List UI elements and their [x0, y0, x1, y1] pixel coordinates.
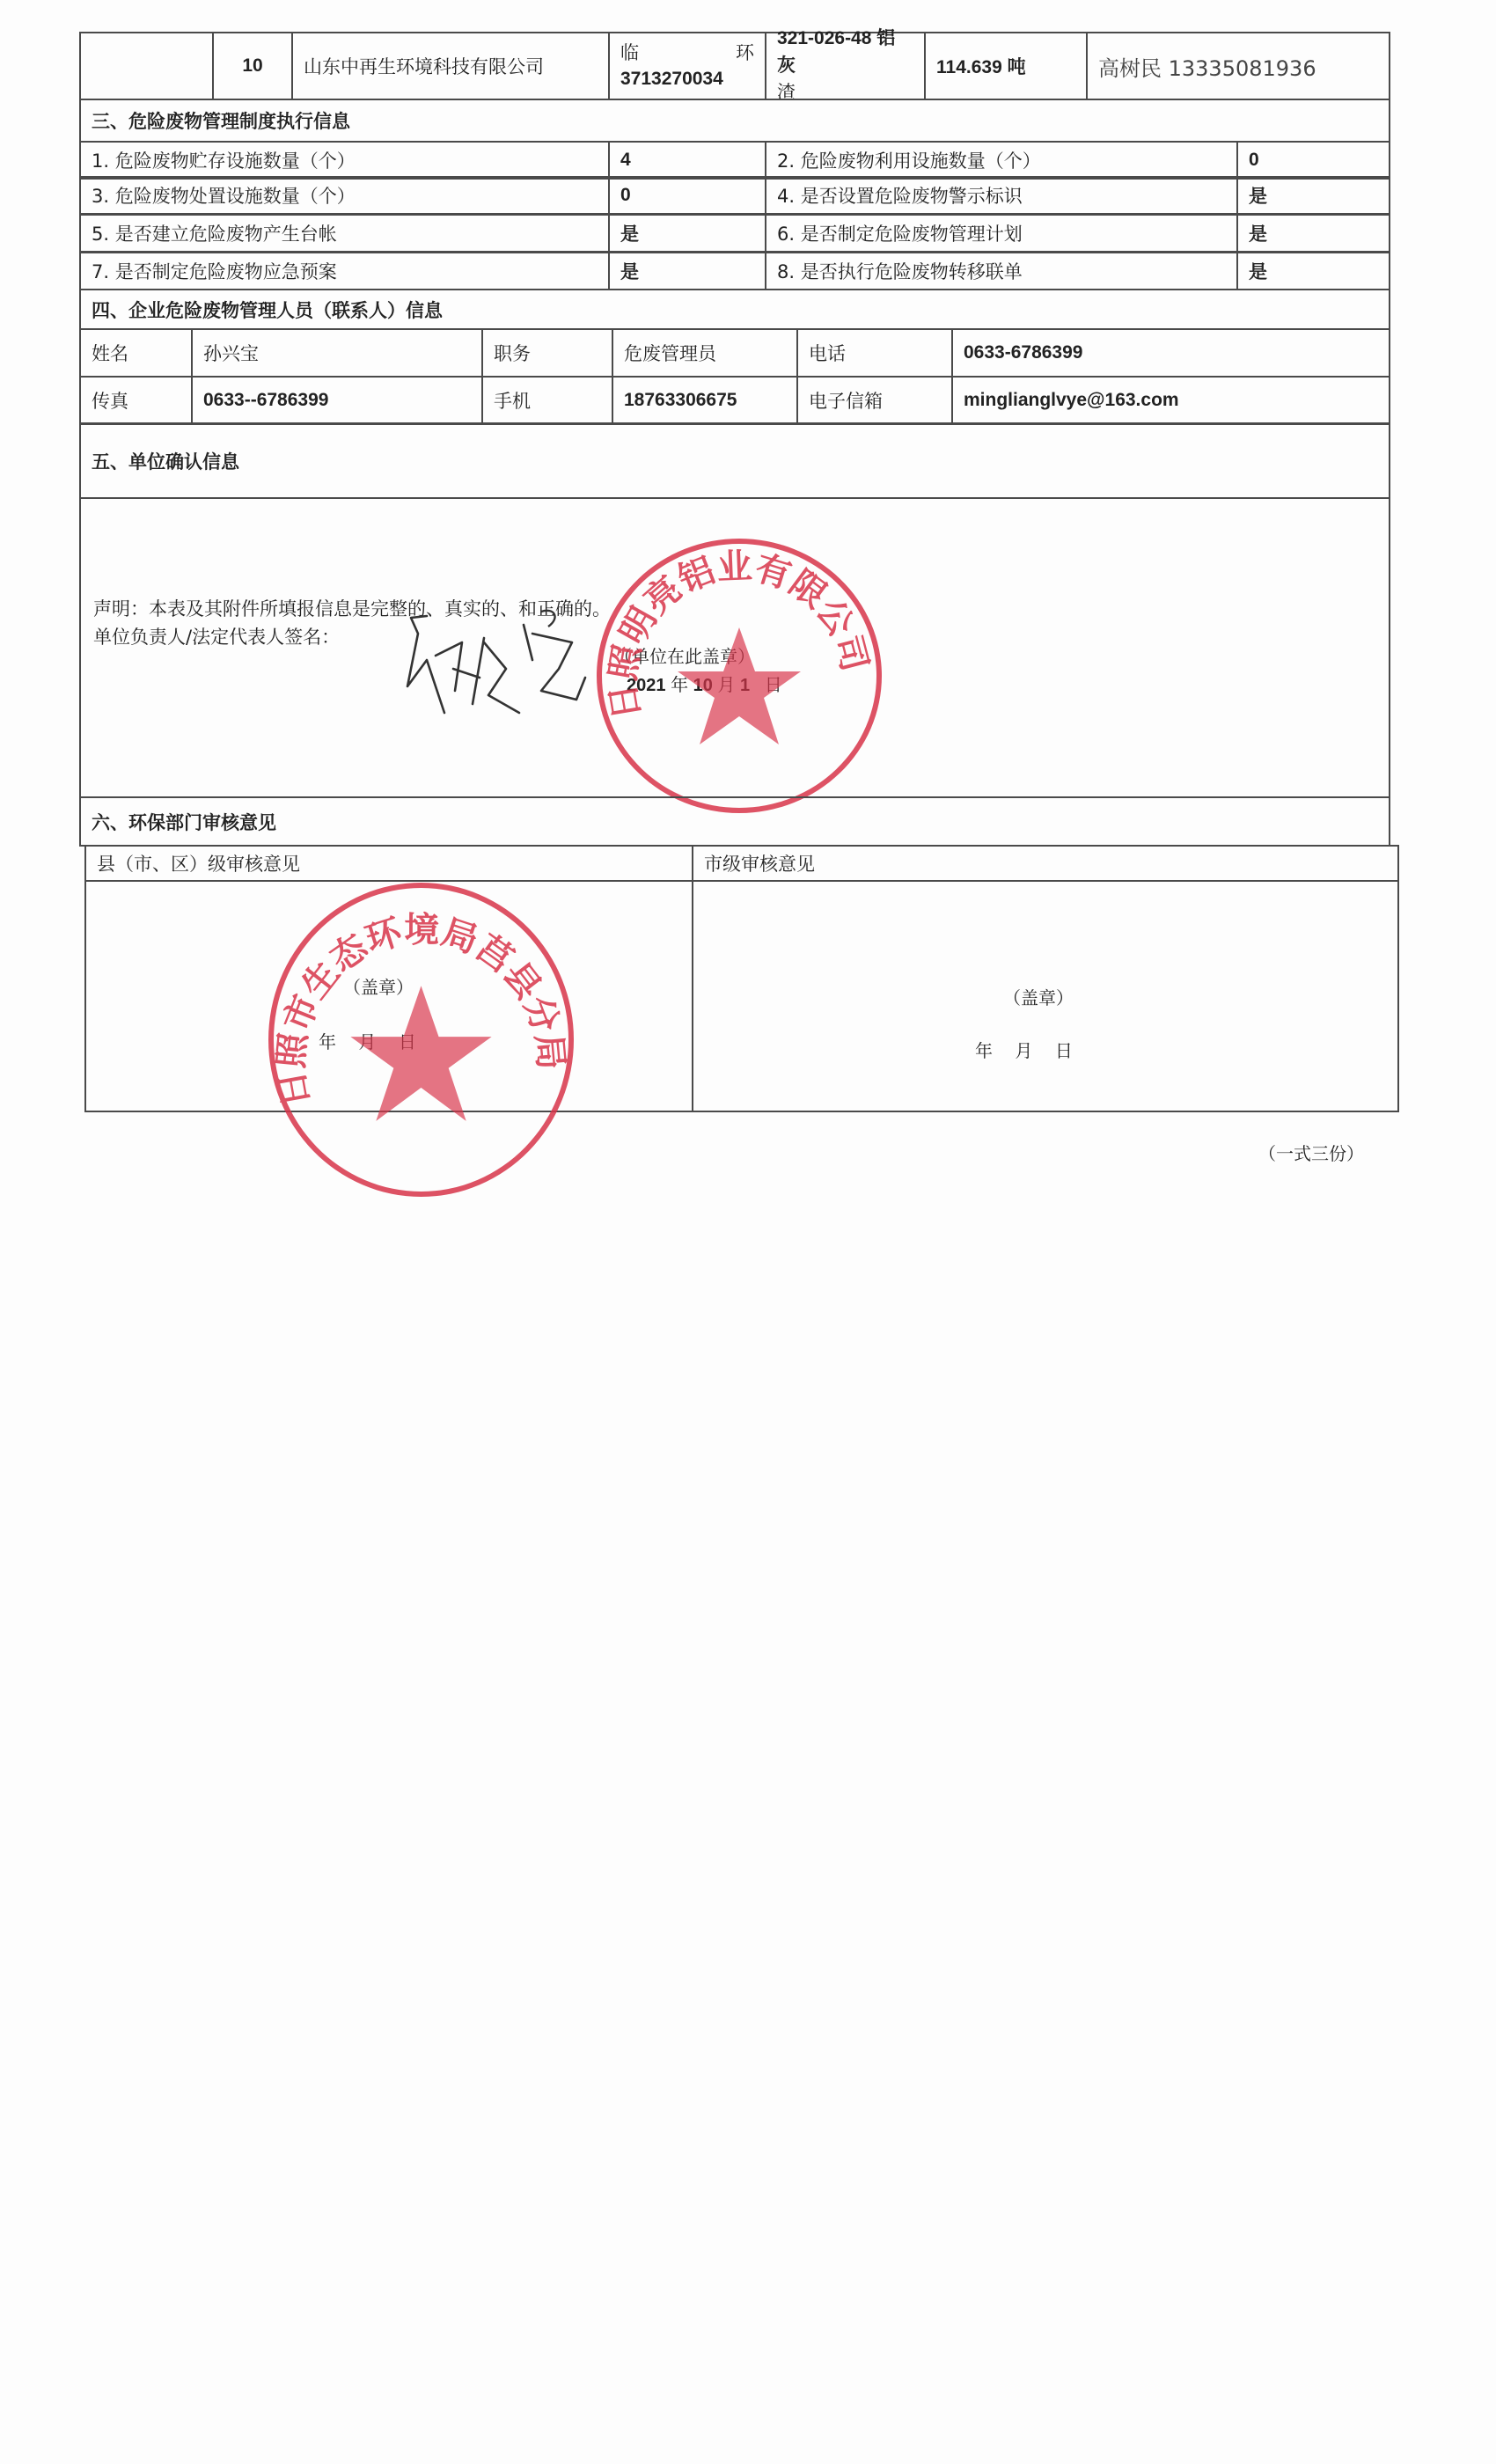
mgmt-answer: 4	[608, 141, 766, 180]
county-review-label: 县（市、区）级审核意见	[84, 845, 693, 882]
mgmt-question: 4. 是否设置危险废物警示标识	[765, 176, 1238, 215]
date-day-unit: 日	[765, 676, 782, 695]
city-date: 年 月 日	[975, 1037, 1073, 1062]
contact-field-label: 传真	[79, 376, 193, 425]
date-month: 10	[693, 676, 713, 695]
mgmt-answer: 0	[608, 176, 766, 215]
license-prefix-left: 临	[620, 40, 639, 66]
contact-field-label: 姓名	[79, 328, 193, 378]
city-review-label: 市级审核意见	[692, 845, 1399, 882]
mgmt-answer: 0	[1236, 141, 1390, 180]
declaration-text: 声明：本表及其附件所填报信息是完整的、真实的、和正确的。	[93, 595, 611, 621]
section4-title: 四、企业危险废物管理人员（联系人）信息	[79, 289, 1390, 330]
row-index: 10	[212, 32, 293, 100]
section5-title: 五、单位确认信息	[79, 422, 1390, 499]
contact-field-value: 0633-6786399	[951, 328, 1390, 378]
waste-code-line1: 321-026-48 铝灰	[777, 26, 913, 79]
copies-note: （一式三份）	[1258, 1140, 1364, 1165]
waste-quantity: 114.639 吨	[924, 32, 1088, 100]
receiver-company: 山东中再生环境科技有限公司	[291, 32, 610, 100]
license-number: 3713270034	[620, 66, 723, 92]
mgmt-question: 7. 是否制定危险废物应急预案	[79, 252, 610, 290]
county-seal-note: （盖章）	[343, 973, 414, 999]
mgmt-question: 8. 是否执行危险废物转移联单	[765, 252, 1238, 290]
license-prefix: 临 环	[620, 40, 754, 66]
mgmt-answer: 是	[1236, 214, 1390, 253]
date-month-unit: 月	[717, 676, 735, 695]
city-seal-note: （盖章）	[1003, 984, 1074, 1009]
license-cell: 临 环 3713270034	[608, 32, 766, 100]
mgmt-answer: 是	[608, 252, 766, 290]
section6-title: 六、环保部门审核意见	[79, 796, 1390, 847]
mgmt-question: 5. 是否建立危险废物产生台帐	[79, 214, 610, 253]
contact-field-label: 电子信箱	[796, 376, 953, 425]
signature-label: 单位负责人/法定代表人签名：	[93, 623, 340, 649]
seal-note: （单位在此盖章）	[614, 642, 755, 668]
mgmt-question: 2. 危险废物利用设施数量（个）	[765, 141, 1238, 180]
contact-field-value: 0633--6786399	[191, 376, 483, 425]
contact-field-value: 危废管理员	[612, 328, 798, 378]
declaration-date: 2021 年 10 月 1 日	[627, 671, 782, 696]
contact-field-label: 电话	[796, 328, 953, 378]
waste-code-cell: 321-026-48 铝灰 渣	[765, 32, 926, 100]
mgmt-answer: 是	[608, 214, 766, 253]
mgmt-question: 3. 危险废物处置设施数量（个）	[79, 176, 610, 215]
mgmt-answer: 是	[1236, 252, 1390, 290]
contact-field-label: 手机	[481, 376, 613, 425]
date-year-unit: 年	[671, 676, 688, 695]
mgmt-answer: 是	[1236, 176, 1390, 215]
license-prefix-right: 环	[736, 40, 754, 66]
contact-field-label: 职务	[481, 328, 613, 378]
date-day: 1	[740, 676, 750, 695]
date-year: 2021	[627, 676, 666, 695]
mgmt-question: 1. 危险废物贮存设施数量（个）	[79, 141, 610, 180]
contact-field-value: minglianglvye@163.com	[951, 376, 1390, 425]
county-date: 年 月 日	[319, 1028, 416, 1053]
contact-field-value: 孙兴宝	[191, 328, 483, 378]
contact-field-value: 18763306675	[612, 376, 798, 425]
section3-title: 三、危险废物管理制度执行信息	[79, 99, 1390, 143]
blank-cell	[79, 32, 214, 100]
mgmt-question: 6. 是否制定危险废物管理计划	[765, 214, 1238, 253]
receiver-contact: 高树民 13335081936	[1086, 32, 1390, 100]
